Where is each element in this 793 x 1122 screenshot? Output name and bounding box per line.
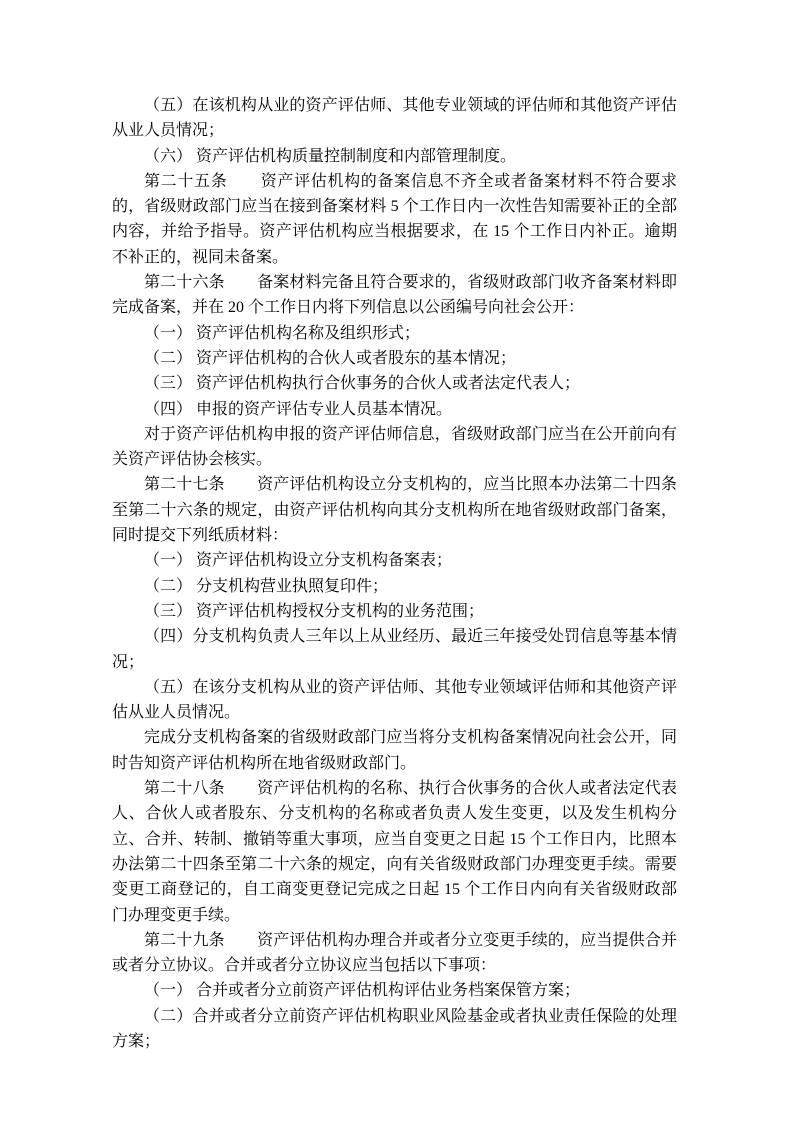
- paragraph-article-27: 第二十七条 资产评估机构设立分支机构的，应当比照本办法第二十四条至第二十六条的规…: [112, 472, 677, 548]
- paragraph-article-29-item-1: （一） 合并或者分立前资产评估机构评估业务档案保管方案；: [112, 978, 677, 1003]
- paragraph-article-26-verify: 对于资产评估机构申报的资产评估师信息，省级财政部门应当在公开前向有关资产评估协会…: [112, 422, 677, 473]
- paragraph-article-26-item-3: （三） 资产评估机构执行合伙事务的合伙人或者法定代表人；: [112, 371, 677, 396]
- paragraph-article-27-item-3: （三） 资产评估机构授权分支机构的业务范围；: [112, 599, 677, 624]
- paragraph-item-5-prev-article: （五）在该机构从业的资产评估师、其他专业领域的评估师和其他资产评估从业人员情况；: [112, 93, 677, 144]
- document-page: （五）在该机构从业的资产评估师、其他专业领域的评估师和其他资产评估从业人员情况；…: [0, 0, 793, 1122]
- paragraph-article-27-publish: 完成分支机构备案的省级财政部门应当将分支机构备案情况向社会公开，同时告知资产评估…: [112, 725, 677, 776]
- paragraph-article-28: 第二十八条 资产评估机构的名称、执行合伙事务的合伙人或者法定代表人、合伙人或者股…: [112, 776, 677, 928]
- paragraph-article-26: 第二十六条 备案材料完备且符合要求的，省级财政部门收齐备案材料即完成备案，并在 …: [112, 270, 677, 321]
- paragraph-article-27-item-2: （二） 分支机构营业执照复印件；: [112, 574, 677, 599]
- paragraph-article-29-item-2: （二）合并或者分立前资产评估机构职业风险基金或者执业责任保险的处理方案；: [112, 1004, 677, 1055]
- paragraph-article-26-item-2: （二） 资产评估机构的合伙人或者股东的基本情况；: [112, 346, 677, 371]
- paragraph-article-26-item-1: （一） 资产评估机构名称及组织形式；: [112, 321, 677, 346]
- paragraph-article-29: 第二十九条 资产评估机构办理合并或者分立变更手续的，应当提供合并或者分立协议。合…: [112, 928, 677, 979]
- paragraph-article-25: 第二十五条 资产评估机构的备案信息不齐全或者备案材料不符合要求的，省级财政部门应…: [112, 169, 677, 270]
- paragraph-article-26-item-4: （四） 申报的资产评估专业人员基本情况。: [112, 397, 677, 422]
- paragraph-article-27-item-4: （四）分支机构负责人三年以上从业经历、最近三年接受处罚信息等基本情况；: [112, 624, 677, 675]
- paragraph-article-27-item-5: （五）在该分支机构从业的资产评估师、其他专业领域评估师和其他资产评估从业人员情况…: [112, 675, 677, 726]
- paragraph-article-27-item-1: （一） 资产评估机构设立分支机构备案表；: [112, 548, 677, 573]
- paragraph-item-6-prev-article: （六） 资产评估机构质量控制制度和内部管理制度。: [112, 144, 677, 169]
